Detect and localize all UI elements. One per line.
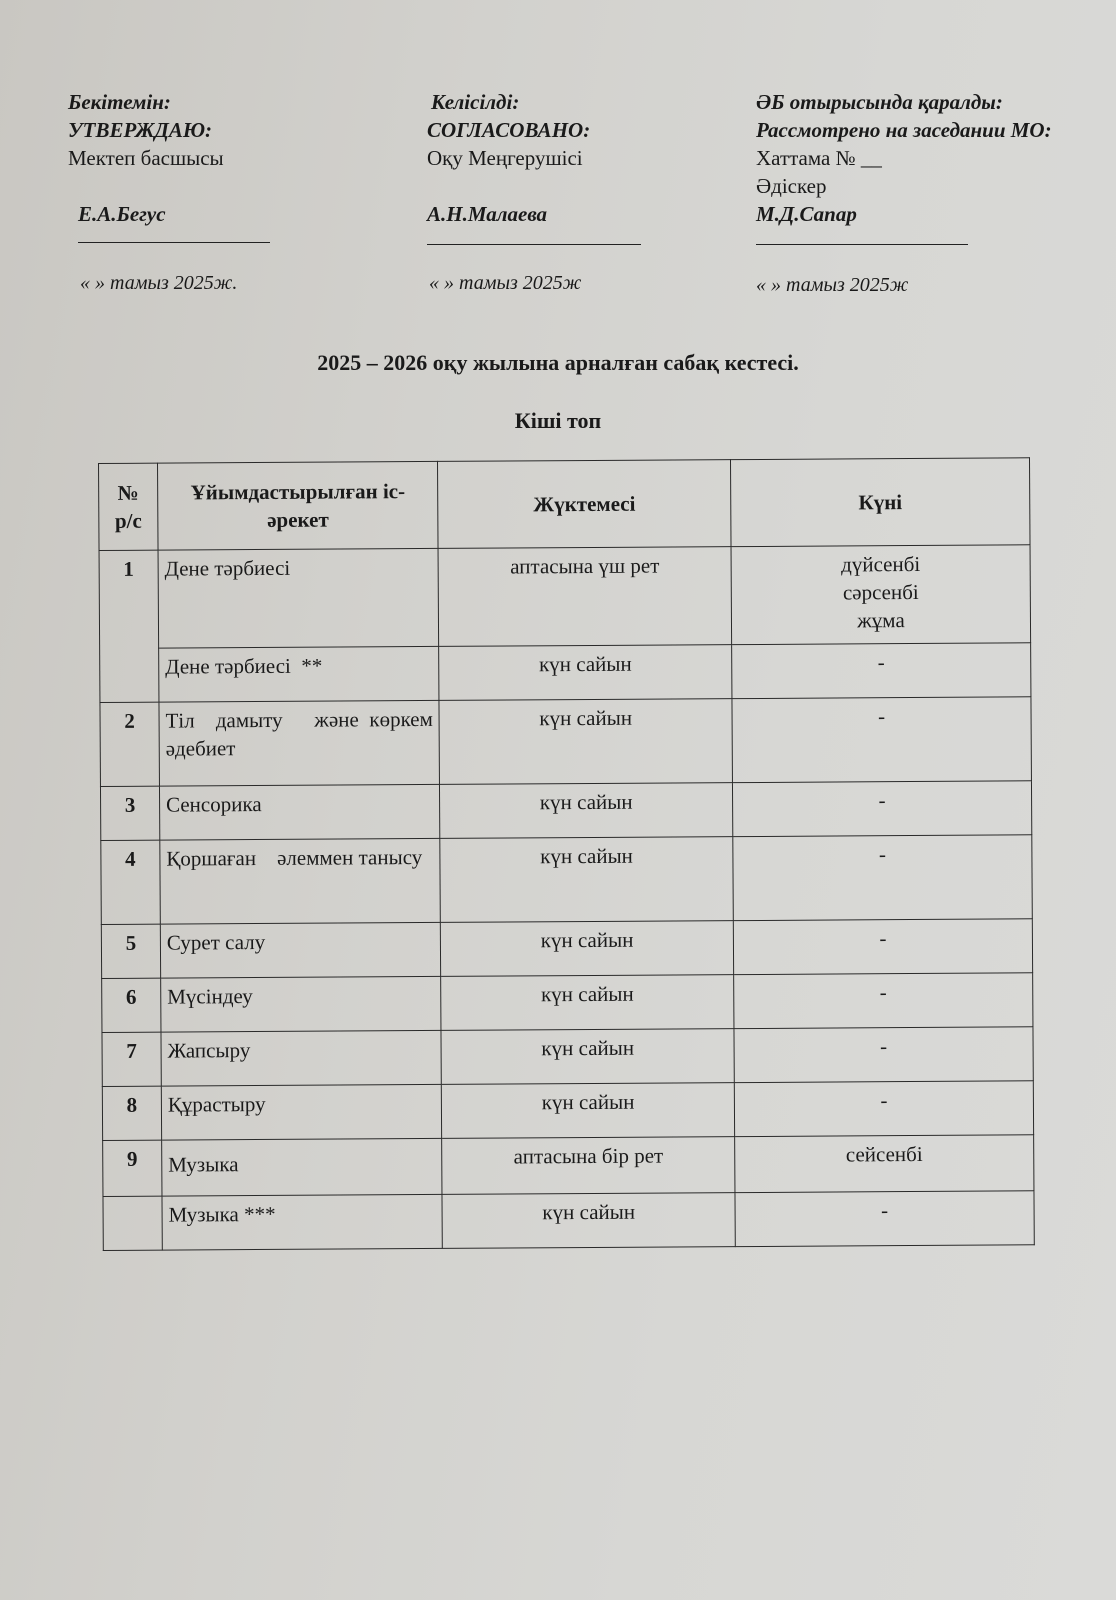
- row-day: -: [733, 919, 1032, 975]
- header-number: № р/с: [99, 463, 158, 550]
- approval-block-principal: Бекітемін: УТВЕРЖДАЮ: Мектеп басшысы Е.А…: [68, 88, 270, 297]
- signature-line: [756, 244, 968, 245]
- approval-label-ru: СОГЛАСОВАНО:: [427, 116, 641, 144]
- day-line: дүйсенбі: [841, 552, 920, 576]
- row-load: аптасына үш рет: [438, 547, 731, 647]
- header-number-line2: р/с: [115, 509, 142, 533]
- row-load: күн сайын: [440, 837, 733, 923]
- row-number: 9: [103, 1140, 162, 1196]
- row-load: күн сайын: [440, 783, 733, 839]
- row-number: 7: [102, 1032, 161, 1086]
- signature-line: [78, 242, 270, 243]
- approver-name: Е.А.Бегус: [78, 200, 270, 228]
- row-day: сейсенбі: [735, 1135, 1034, 1193]
- row-activity: Құрастыру: [161, 1084, 442, 1140]
- row-day: -: [734, 973, 1033, 1029]
- table-row: 3 Сенсорика күн сайын -: [100, 781, 1031, 841]
- table-row: 2 Тіл дамыту және көркем әдебиет күн сай…: [100, 697, 1031, 787]
- row-load: күн сайын: [441, 975, 734, 1031]
- header-number-line1: №: [118, 481, 139, 505]
- row-number: 1: [99, 550, 159, 702]
- header-day: Күні: [731, 458, 1031, 547]
- row-number: 2: [100, 702, 159, 786]
- row-activity: Музыка ***: [162, 1194, 443, 1250]
- row-day: -: [734, 1081, 1033, 1137]
- approver-name: А.Н.Малаева: [427, 200, 641, 228]
- row-number: [103, 1196, 162, 1250]
- row-day: -: [735, 1191, 1034, 1247]
- approval-block-methodical-council: ӘБ отырысында қаралды: Рассмотрено на за…: [756, 88, 1052, 299]
- approver-name: М.Д.Сапар: [756, 200, 1052, 228]
- row-load: күн сайын: [442, 1193, 735, 1249]
- row-load: аптасына бір рет: [442, 1137, 735, 1195]
- row-number: 6: [102, 978, 161, 1032]
- row-activity: Дене тәрбиесі: [158, 548, 439, 648]
- approval-date: « » тамыз 2025ж: [756, 271, 1052, 299]
- table-row: 1 Дене тәрбиесі аптасына үш рет дүйсенбі…: [99, 545, 1031, 649]
- row-day: -: [732, 643, 1031, 699]
- row-activity: Тіл дамыту және көркем әдебиет: [159, 700, 440, 786]
- header-activity: Ұйымдастырылған іс-әрекет: [157, 461, 438, 550]
- table-header-row: № р/с Ұйымдастырылған іс-әрекет Жүктемес…: [99, 458, 1031, 551]
- row-load: күн сайын: [442, 1083, 735, 1139]
- table-row: 6 Мүсіндеу күн сайын -: [102, 973, 1033, 1033]
- row-load: күн сайын: [439, 699, 732, 785]
- group-name: Кіші топ: [0, 408, 1116, 434]
- header-load: Жүктемесі: [438, 460, 731, 549]
- approval-label-kk: ӘБ отырысында қаралды:: [756, 88, 1052, 116]
- protocol-number: Хаттама № __: [756, 144, 1052, 172]
- row-day: -: [733, 835, 1032, 921]
- approver-position: Оқу Меңгерушісі: [427, 144, 641, 172]
- row-activity: Сенсорика: [159, 784, 440, 840]
- day-line: сәрсенбі: [843, 580, 919, 604]
- approval-label-ru: УТВЕРЖДАЮ:: [68, 116, 270, 144]
- approval-label-kk: Бекітемін:: [68, 88, 270, 116]
- schedule-table: № р/с Ұйымдастырылған іс-әрекет Жүктемес…: [98, 457, 1035, 1251]
- row-activity: Дене тәрбиесі **: [159, 646, 440, 702]
- approval-label-ru: Рассмотрено на заседании МО:: [756, 116, 1052, 144]
- row-activity: Жапсыру: [161, 1030, 442, 1086]
- day-line: жұма: [857, 608, 905, 632]
- row-day: -: [732, 781, 1031, 837]
- row-load: күн сайын: [441, 1029, 734, 1085]
- table-row: 8 Құрастыру күн сайын -: [102, 1081, 1033, 1141]
- row-activity: Мүсіндеу: [161, 976, 442, 1032]
- row-activity: Қоршаған әлеммен танысу: [160, 838, 441, 924]
- approval-label-kk: Келісілді:: [431, 88, 641, 116]
- row-number: 4: [101, 840, 160, 924]
- row-number: 8: [102, 1086, 161, 1140]
- row-number: 3: [100, 786, 159, 840]
- approval-block-head-teacher: Келісілді: СОГЛАСОВАНО: Оқу Меңгерушісі …: [431, 88, 641, 297]
- table-row: 5 Сурет салу күн сайын -: [101, 919, 1032, 979]
- table-row: 9 Музыка аптасына бір рет сейсенбі: [103, 1135, 1034, 1197]
- table-row: Музыка *** күн сайын -: [103, 1191, 1034, 1251]
- row-activity: Сурет салу: [160, 922, 441, 978]
- row-load: күн сайын: [441, 921, 734, 977]
- signature-line: [427, 244, 641, 245]
- approver-position: Әдіскер: [756, 172, 1052, 200]
- row-day: -: [734, 1027, 1033, 1083]
- table-row: 4 Қоршаған әлеммен танысу күн сайын -: [101, 835, 1032, 925]
- row-days: дүйсенбі сәрсенбі жұма: [731, 545, 1031, 645]
- table-row: 7 Жапсыру күн сайын -: [102, 1027, 1033, 1087]
- row-number: 5: [101, 924, 160, 978]
- table-row: Дене тәрбиесі ** күн сайын -: [100, 643, 1031, 703]
- approver-position: Мектеп басшысы: [68, 144, 270, 172]
- row-load: күн сайын: [439, 645, 732, 701]
- row-activity: Музыка: [162, 1138, 443, 1196]
- approval-date: « » тамыз 2025ж.: [80, 269, 270, 297]
- document-title: 2025 – 2026 оқу жылына арналған сабақ ке…: [0, 350, 1116, 376]
- approval-date: « » тамыз 2025ж: [429, 269, 641, 297]
- row-day: -: [732, 697, 1031, 783]
